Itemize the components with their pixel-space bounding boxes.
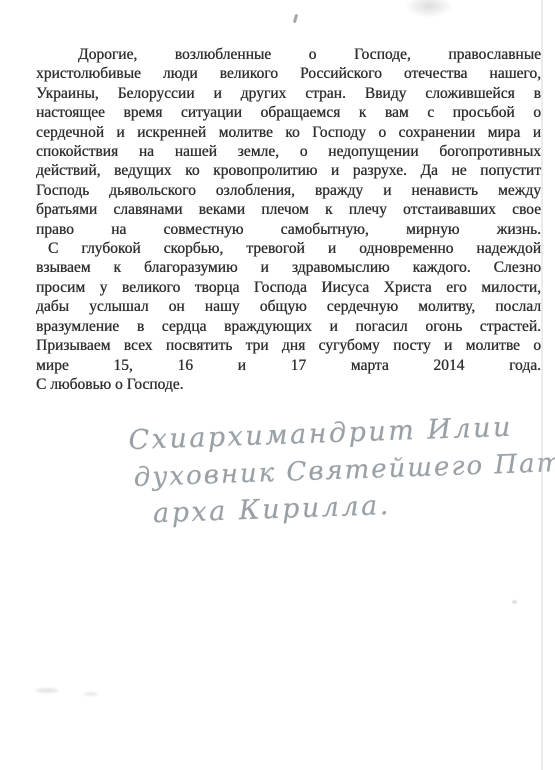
text-line: мире 15, 16 и 17 марта 2014 года.	[36, 356, 541, 375]
signature-line: Схиархимандрит Илии	[128, 412, 513, 456]
text-line: взываем к благоразумию и здравомыслию ка…	[36, 258, 541, 277]
letter-body: Дорогие, возлюбленные о Господе, правосл…	[36, 45, 541, 394]
scan-smudge-artifact	[36, 688, 58, 693]
scan-smudge-artifact	[84, 692, 98, 696]
signature-line: арха Кирилла.	[153, 490, 392, 529]
text-line: дабы услышал он нашу общую сердечную мол…	[36, 297, 541, 316]
text-line: действий, ведущих ко кровопролитию и раз…	[36, 161, 541, 180]
handwritten-signature: Схиархимандрит Илии духовник Святейшего …	[116, 407, 550, 552]
scan-dot-artifact	[512, 600, 517, 604]
text-line: сердечной и искренней молитве ко Господу…	[36, 123, 541, 142]
text-line: Господь дьявольского озлобления, вражду …	[36, 181, 541, 200]
scan-speck-artifact	[293, 14, 298, 23]
signature-line: духовник Святейшего Патриа-	[133, 446, 555, 493]
text-line-closing: С любовью о Господе.	[36, 375, 541, 394]
scan-edge-line-artifact	[541, 0, 543, 770]
text-line: просим у великого творца Господа Иисуса …	[36, 278, 541, 297]
text-line: христолюбивые люди великого Российского …	[36, 64, 541, 83]
text-line: Украины, Белоруссии и других стран. Ввид…	[36, 84, 541, 103]
text-line: Призываем всех посвятить три дня сугубом…	[36, 336, 541, 355]
scanned-letter-page: Дорогие, возлюбленные о Господе, правосл…	[0, 0, 555, 770]
text-line: Дорогие, возлюбленные о Господе, правосл…	[36, 45, 541, 64]
text-line: вразумление в сердца враждующих и погаси…	[36, 317, 541, 336]
text-line: право на совместную самобытную, мирную ж…	[36, 220, 541, 239]
text-line: спокойствия на нашей земле, о недопущени…	[36, 142, 541, 161]
text-line: братьями славянами веками плечом к плечу…	[36, 200, 541, 219]
text-line: С глубокой скорбью, тревогой и одновреме…	[36, 239, 541, 258]
text-line: настоящее время ситуации обращаемся к ва…	[36, 103, 541, 122]
scan-smudge-artifact	[405, 0, 453, 18]
